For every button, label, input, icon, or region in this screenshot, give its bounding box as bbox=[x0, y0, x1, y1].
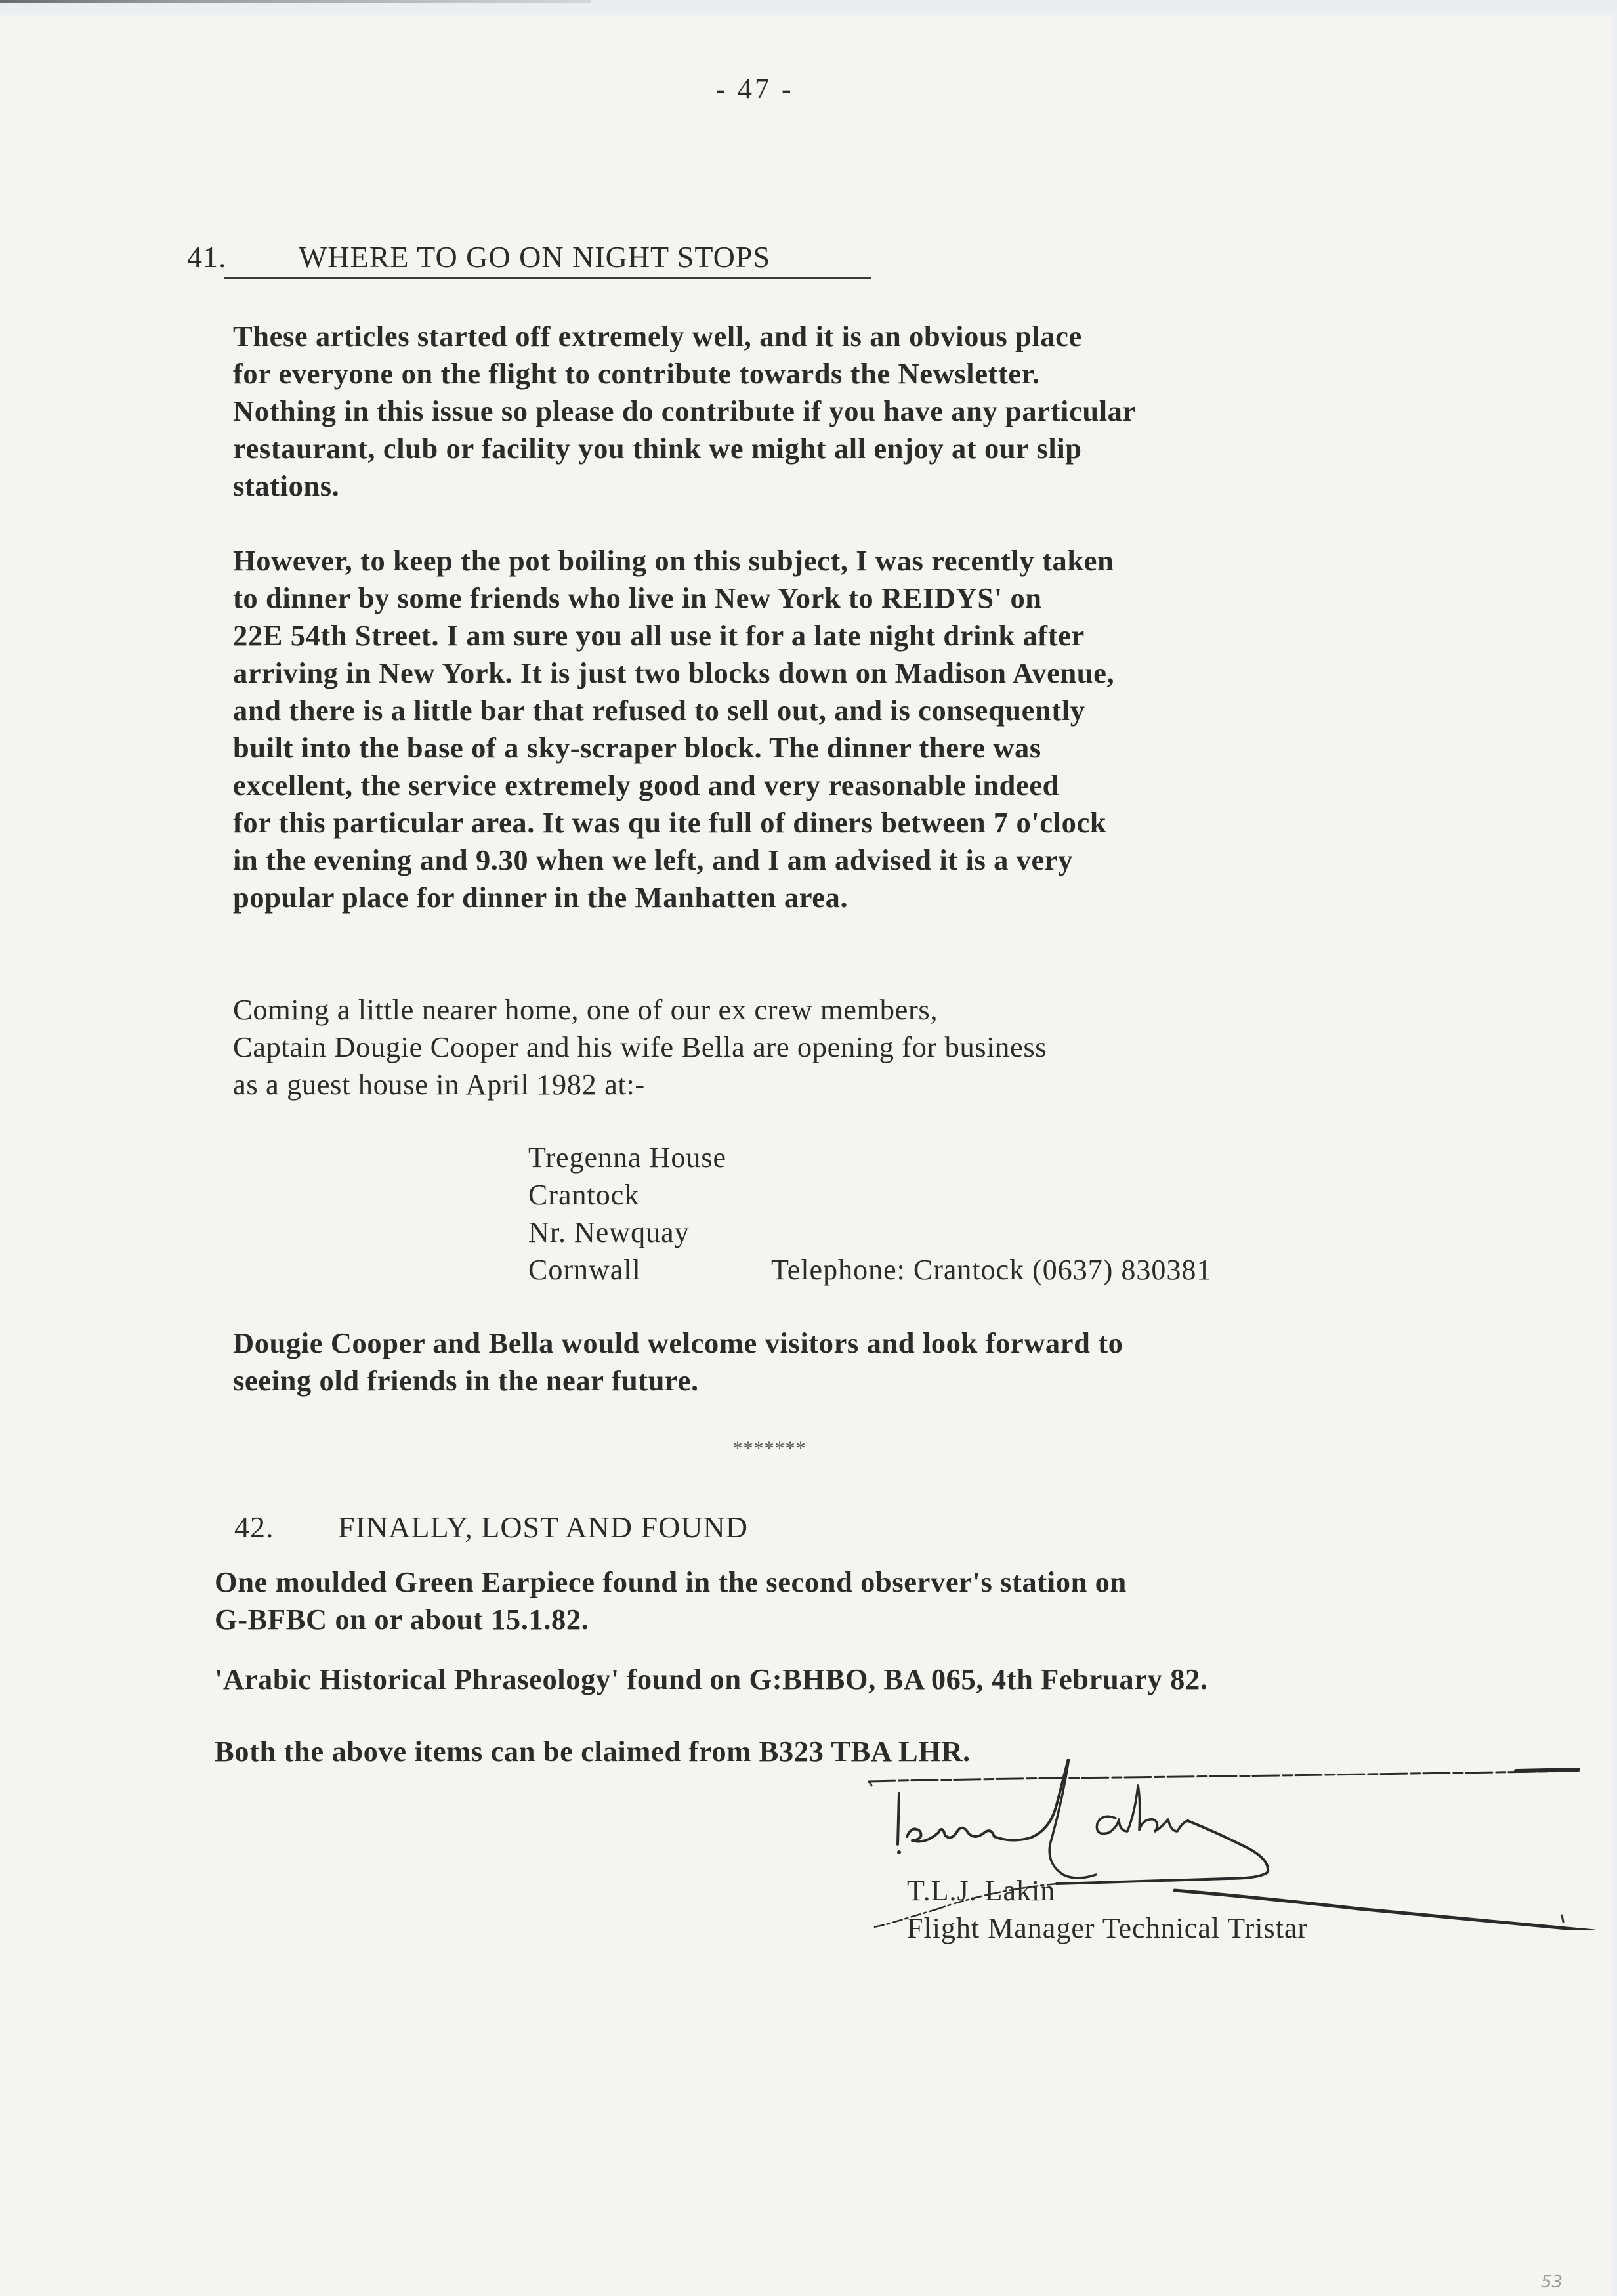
section-42-number: 42. bbox=[234, 1510, 338, 1544]
section-42-heading: 42.FINALLY, LOST AND FOUND bbox=[234, 1510, 748, 1544]
heading-underline bbox=[224, 277, 871, 279]
paragraph-reidys: However, to keep the pot boiling on this… bbox=[233, 542, 1114, 916]
text-line: popular place for dinner in the Manhatte… bbox=[233, 879, 1114, 916]
text-line: for this particular area. It was qu ite … bbox=[233, 804, 1114, 841]
scan-border-right bbox=[1612, 16, 1617, 2296]
text-line: 'Arabic Historical Phraseology' found on… bbox=[215, 1661, 1208, 1698]
section-separator: ******* bbox=[0, 1437, 1539, 1460]
handwritten-archive-mark: 53 bbox=[1541, 2272, 1563, 2292]
text-line: 22E 54th Street. I am sure you all use i… bbox=[233, 617, 1114, 654]
text-line: These articles started off extremely wel… bbox=[233, 318, 1136, 355]
signatory-name: T.L.J. Lakin bbox=[907, 1874, 1055, 1907]
text-line: Nothing in this issue so please do contr… bbox=[233, 393, 1136, 430]
text-line: stations. bbox=[233, 467, 1136, 505]
text-line: One moulded Green Earpiece found in the … bbox=[215, 1563, 1127, 1601]
text-line: restaurant, club or facility you think w… bbox=[233, 430, 1136, 467]
section-41-title: WHERE TO GO ON NIGHT STOPS bbox=[299, 240, 770, 274]
signatory-title: Flight Manager Technical Tristar bbox=[907, 1911, 1308, 1945]
text-line: to dinner by some friends who live in Ne… bbox=[233, 580, 1114, 617]
text-line: and there is a little bar that refused t… bbox=[233, 692, 1114, 729]
text-line: in the evening and 9.30 when we left, an… bbox=[233, 841, 1114, 879]
paragraph-intro: These articles started off extremely wel… bbox=[233, 318, 1136, 505]
text-line: as a guest house in April 1982 at:- bbox=[233, 1066, 1047, 1103]
text-line: seeing old friends in the near future. bbox=[233, 1362, 1123, 1399]
section-41-number: 41. bbox=[187, 240, 299, 274]
text-line: Dougie Cooper and Bella would welcome vi… bbox=[233, 1325, 1123, 1362]
text-line: Both the above items can be claimed from… bbox=[215, 1733, 971, 1770]
lost-found-claim-note: Both the above items can be claimed from… bbox=[215, 1733, 971, 1770]
lost-found-item-phraseology: 'Arabic Historical Phraseology' found on… bbox=[215, 1661, 1208, 1698]
text-line: arriving in New York. It is just two blo… bbox=[233, 654, 1114, 692]
text-line: G-BFBC on or about 15.1.82. bbox=[215, 1601, 1127, 1638]
scan-edge-shadow bbox=[0, 0, 591, 3]
text-line: However, to keep the pot boiling on this… bbox=[233, 542, 1114, 580]
guest-house-address: Tregenna House Crantock Nr. Newquay Corn… bbox=[528, 1139, 726, 1288]
page-number: - 47 - bbox=[0, 72, 1509, 106]
text-line: built into the base of a sky-scraper blo… bbox=[233, 729, 1114, 767]
section-41-heading: 41.WHERE TO GO ON NIGHT STOPS bbox=[187, 240, 770, 274]
telephone-number: Telephone: Crantock (0637) 830381 bbox=[771, 1251, 1211, 1288]
text-line: for everyone on the flight to contribute… bbox=[233, 355, 1136, 393]
address-line: Tregenna House bbox=[528, 1139, 726, 1176]
paragraph-guest-house: Coming a little nearer home, one of our … bbox=[233, 991, 1047, 1103]
paragraph-welcome: Dougie Cooper and Bella would welcome vi… bbox=[233, 1325, 1123, 1399]
lost-found-item-earpiece: One moulded Green Earpiece found in the … bbox=[215, 1563, 1127, 1638]
address-line: Nr. Newquay bbox=[528, 1214, 726, 1251]
address-line: Cornwall bbox=[528, 1251, 726, 1288]
address-line: Crantock bbox=[528, 1176, 726, 1214]
text-line: excellent, the service extremely good an… bbox=[233, 767, 1114, 804]
section-42-title: FINALLY, LOST AND FOUND bbox=[338, 1510, 748, 1544]
text-line: Captain Dougie Cooper and his wife Bella… bbox=[233, 1029, 1047, 1066]
text-line: Coming a little nearer home, one of our … bbox=[233, 991, 1047, 1029]
